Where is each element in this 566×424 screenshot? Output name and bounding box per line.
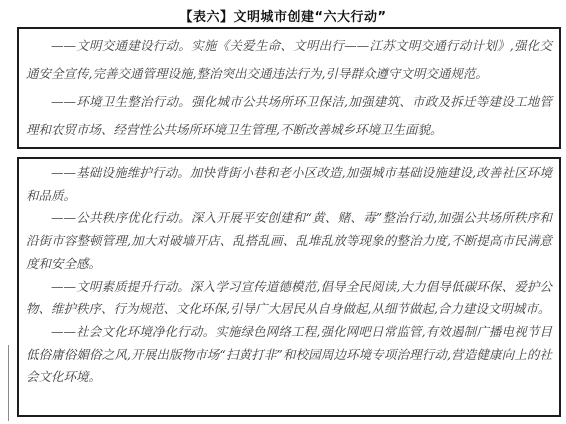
paragraph-civility-quality: ——文明素质提升行动。深入学习宣传道德模范,倡导全民阅读,大力倡导低碳环保、爱护… — [26, 276, 552, 321]
paragraph-infrastructure-maintenance: ——基础设施维护行动。加快背街小巷和老小区改造,加强城市基础设施建设,改善社区环… — [26, 162, 552, 207]
text-box-infrastructure-culture: ——基础设施维护行动。加快背街小巷和老小区改造,加强城市基础设施建设,改善社区环… — [17, 157, 561, 417]
paragraph-cultural-environment: ——社会文化环境净化行动。实施绿色网络工程,强化网吧日常监管,有效遏制广播电视节… — [26, 321, 552, 389]
paragraph-public-order: ——公共秩序优化行动。深入开展平安创建和“黄、赌、毒”整治行动,加强公共场所秩序… — [26, 207, 552, 275]
paragraph-environmental-sanitation: ——环境卫生整治行动。强化城市公共场所环卫保洁,加强建筑、市政及拆迁等建设工地管… — [26, 88, 552, 144]
left-margin-mark — [8, 345, 9, 421]
paragraph-civilized-traffic: ——文明交通建设行动。实施《关爱生命、文明出行——江苏文明交通行动计划》,强化交… — [26, 32, 552, 88]
text-box-traffic-environment: ——文明交通建设行动。实施《关爱生命、文明出行——江苏文明交通行动计划》,强化交… — [17, 27, 561, 149]
document-title: 【表六】文明城市创建“六大行动” — [0, 0, 566, 25]
